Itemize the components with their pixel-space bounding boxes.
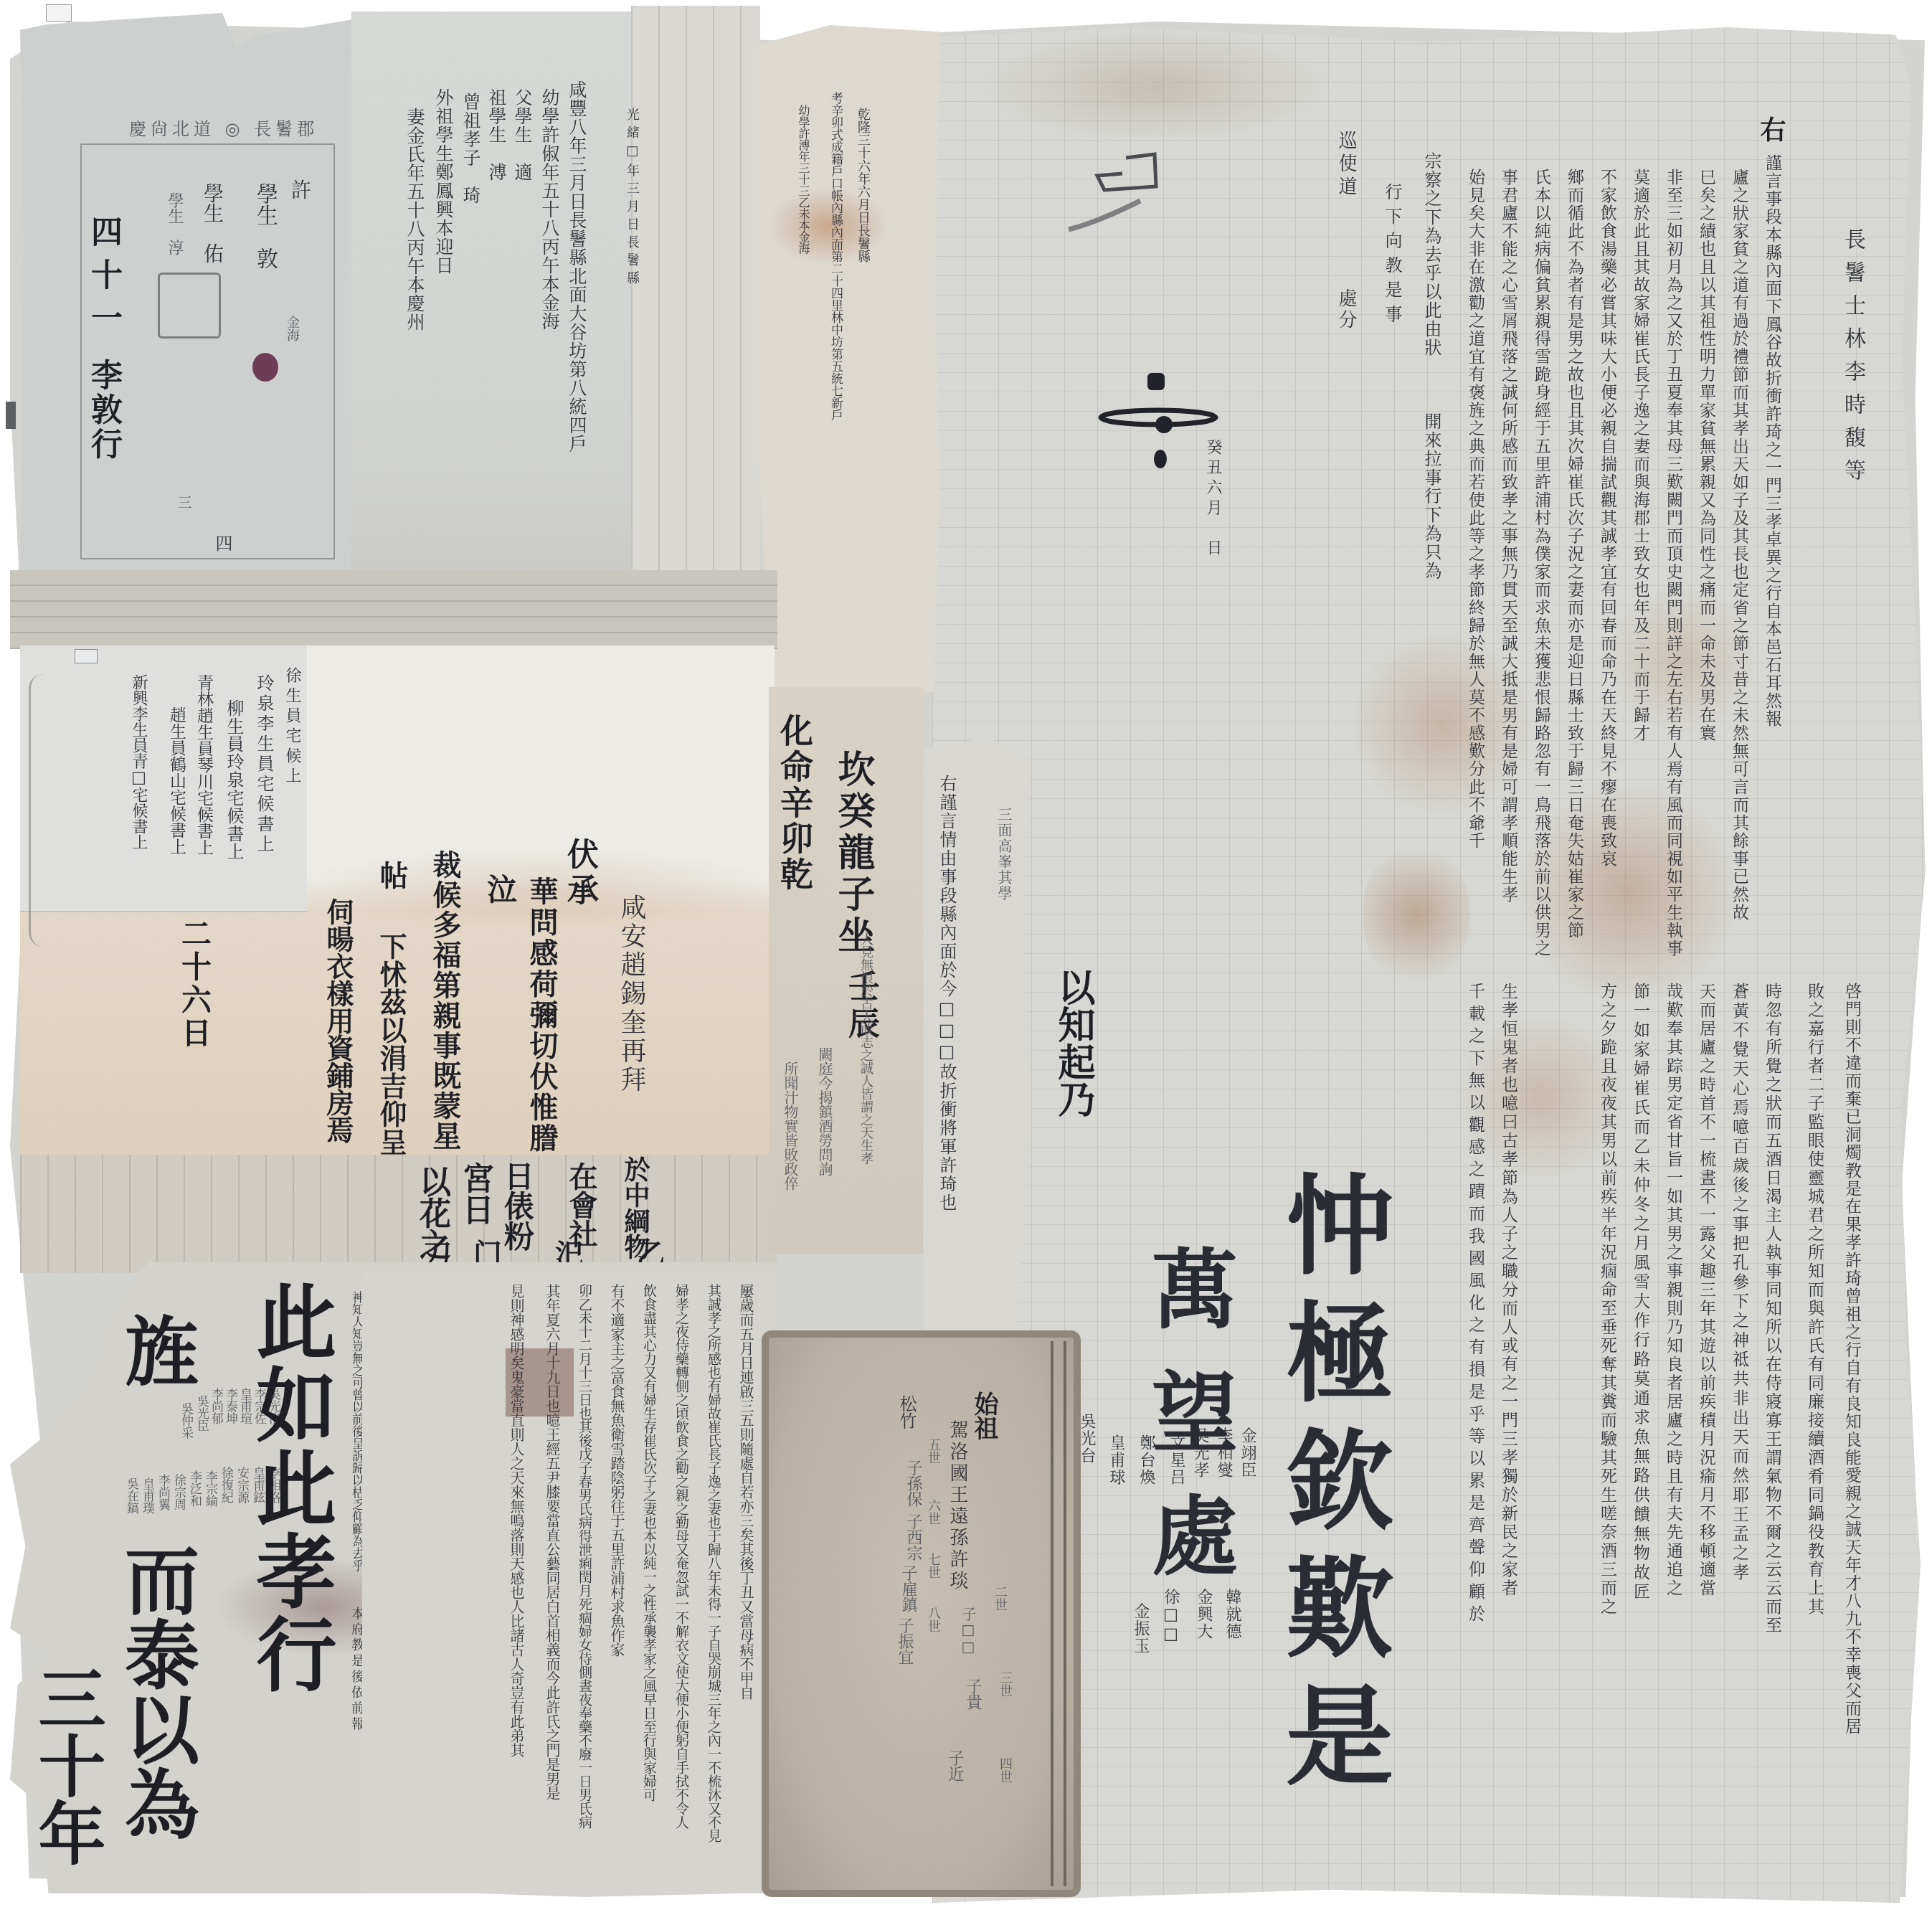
signatory: 李泰坤 [224,1388,236,1424]
form-cell: 許 [290,179,310,199]
geomancy-small-line: 所聞汁物實皆敗政倅 [783,1061,797,1191]
lower-middle-line: 有不適家主之富食無魚衛雪踏陰躬往于五里許浦村求魚作家 [610,1284,624,1657]
generation-name: 子貴 [965,1678,980,1710]
generation-name: 子孫保 [905,1460,921,1507]
register-line: 咸豐八年三月日長鬐縣北面大谷坊第八統四戶 [568,80,586,453]
generation-label: 五世 [927,1438,939,1464]
genealogy-title: 始祖 [972,1391,996,1440]
lower-middle-line: 卯乙未十二月十三日也其後戊子春男氏病得泄痢閏月死痼婦女侍側晝夜奉藥不廢一日男氏病 [577,1284,591,1829]
generation-label: 六世 [927,1499,939,1525]
ruling-calligraphy: 萬望處 [1145,1244,1231,1614]
lower-middle-line: 飲食盡其心力又有婦生存崔氏次子之妻也本以純一之性承襲孝家之風早日至行與家婦可 [642,1284,655,1802]
genealogy-side-label: 松竹 [898,1395,915,1429]
marginal-cursive-note: 以知起乃 [1054,968,1092,1117]
petition-line: 節一如家婦崔氏而乙未仲冬之月風雪大作行路莫通求魚無路供饋無物故匠 [1632,983,1648,1602]
generation-label: 四世 [998,1757,1011,1783]
register-line: 祖學生 溥 [488,88,506,181]
lower-middle-line: 其誠孝之所感也有婦故崔氏長子逸之妻也于歸八年未得一子自哭崩城三年之內一不梳沐又不… [706,1284,720,1843]
note-line: 青林趙生員琴川宅候書上 [195,674,212,856]
qianlong-register-sheet [757,25,939,692]
signatory: 金翊臣 [1239,1427,1255,1479]
register-line: 妻金氏年五十八丙午本慶州 [406,108,424,331]
register-line: 父學生 適 [513,88,531,181]
lower-middle-line: 其年夏六月十九日也噫王經五尹膝要當直公藝同居白首相義而今此許氏之門是男是 [545,1284,559,1800]
letter-sender: 咸安趙錫奎再拜 [618,894,644,1094]
genealogy-founder: 駕洛國王遠孫許琰 [948,1420,967,1592]
water-stain [1363,839,1470,990]
signatory: 李尚翼 [156,1474,169,1510]
ruling-calligraphy: 忡極欽歎是 [1277,1169,1384,1807]
letter-date: 二十六日 [179,918,209,1050]
folded-strip-line: 光緒□年三月日長鬐縣 [625,108,638,289]
water-stain [975,29,1334,143]
petition-line: 謹言事段本縣內面下鳳谷故折衝許琦之一門三孝卓異之行自本邑石耳然報 [1763,154,1780,728]
lower-middle-line: 見則神感明矣鬼豪當直則人之天來無鳴落則天感也人比諸古人奇豈有此弟其 [509,1284,524,1757]
petition-line: 莫適於此且其故家婦崔氏長子逸之妻而與海郡士致女也年及二十而于歸才 [1632,169,1648,742]
letter-line: 下怵茲以涓吉仰呈 [377,932,404,1156]
generation-name: 子西宗 [905,1513,921,1561]
petition-line: 不家飲食湯藥必嘗其味大小便必親自揣試觀其誠孝宜有回春而命乃在天終見不瘳在喪致哀 [1599,169,1615,868]
cursive-ruling: 旌 [118,1312,193,1387]
petition-fragment-side: 三面高峯其學 [997,807,1011,902]
note-line: 趙生員鶴山宅候書上 [168,706,184,855]
generation-label: 三世 [998,1671,1011,1697]
form-cell: 學生 淳 [166,192,182,255]
signatory: 皇甫璞 [141,1477,153,1514]
generation-label: 八世 [927,1607,939,1632]
paper-edge-band [10,570,777,649]
petition-line: 巳矣之績也且以其祖性明力單家貧無累親又為同性之痛而一命未及男在寰 [1697,169,1714,742]
booklet-binding-cord [1051,1341,1066,1886]
qianlong-line: 幼學許溥年三十三乙未本金海 [797,105,809,254]
petition-line: 氏本以純病偏貧累親得雪跪身經于五里許浦村為僕家而求魚未獲悲恨歸路忽有一鳥飛落於前… [1533,169,1549,957]
petition-line: 千載之下無以觀感之蹟而我國風化之有損是乎等以累是齊聲仰顧於 [1467,983,1483,1627]
signatory: 徐宗周 [172,1474,184,1510]
form-number: 四 [214,534,231,552]
birth-line: 化命辛卯乾 [778,714,811,893]
cursive-ruling: 此如此孝行 [250,1280,330,1696]
petition-line: 蒼黃不覺天心焉噫百歲後之事把孔參下之神祗共非出天而然耶王孟之孝 [1730,983,1747,1583]
petition-fragment-line: 右謹言情由事段縣內面於今□□□故折衝將軍許琦也 [938,775,955,1212]
signatory: 吳仲采 [179,1402,191,1439]
lower-left-text: 本府教是後依前報 [350,1607,363,1733]
letter-line: 伏承 [564,838,595,909]
petition-line: 天而居廬之時首不一梳晝不一露父趣三年其遊以前疾積月況瘉月不移頓適當 [1697,983,1714,1598]
letter-line: 華問感荷彌切伏惟謄 [527,876,556,1154]
generation-name: 子雇鎮 [900,1565,916,1612]
signatory: 皇甫球 [1108,1434,1124,1486]
register-line: 幼學許俶年五十八丙午本金海 [541,88,559,331]
form-cell: 學生 佑 [202,183,222,263]
cursive-fragment: 在會社 [567,1162,595,1248]
signatory: 吳光臣 [195,1395,207,1432]
folded-paper-stack [631,6,760,601]
geomancy-small-line: 闕庭今揭鎮酒勞問詢 [818,1047,832,1176]
water-stain [1520,775,1736,1011]
signatory: 李泛和 [188,1470,200,1507]
signatory: 李尚郁 [209,1388,222,1424]
petition-closing: 開來拉事行下為只為 [1423,412,1440,580]
note-line: 柳生員玲泉宅候書上 [225,699,242,861]
petition-line: 方之夕跪且夜夜其男以前疾半年況痼命至垂死奪其糞而驗其死生嗟奈酒三而之 [1599,983,1615,1617]
petition-line: 生孝恒鬼者也噫曰古孝節為人子之職分而人或有之一門三孝獨於新民之家者 [1500,983,1516,1598]
letter-line: 帖 [377,861,406,889]
form-cell: 學生 敦 [254,183,275,269]
genealogy-booklet [762,1330,1081,1897]
petition-disposition: 處分 [1337,288,1355,331]
petition-heading-mark: 右 [1758,116,1784,142]
note-line: 徐生員宅候上 [284,667,300,787]
note-line: 玲泉李生員宅候書上 [255,674,273,855]
generation-name: 子□□ [961,1607,975,1655]
petition-line: 敗之嘉行者二子監眼使靈城君之所知而與許氏有同廉接續酒肴同鍋役教育上其 [1806,983,1822,1617]
signatory: 徐復紀 [219,1467,232,1503]
form-number: 三 [176,495,191,509]
register-form-header: 慶尙北道 ◎ 長鬐郡 [129,120,318,138]
generation-label: 七世 [927,1553,939,1579]
signatory: 吳在鎬 [125,1477,137,1514]
lower-middle-line: 婦孝之夜侍藥轉側之頃飲食之勸之親之勤母又奄忽試一不解衣文使大便小便躬自手拭不令人 [674,1284,688,1829]
signatory: 吳光台 [1079,1413,1094,1465]
petition-line: 鄉而循此不為者有是男之故也且其次婦崔氏次子況之妻而亦是迎日縣士致于歸三日奄失姑崔… [1566,169,1582,940]
official-seal-square [158,273,221,339]
qianlong-line: 乾隆三十六年六月日長鬐縣 [856,108,869,262]
grave-site-line: 坎癸龍子坐 [834,749,871,957]
petition-ruling-date: 癸丑六月 日 [1205,439,1221,559]
cursive-ruling: 三十年 [32,1664,100,1866]
petition-line: 啓門則不違而棄已洞燭教是在果孝許琦曾祖之行自有良知良能愛親之誠天年才八九不幸喪父… [1843,983,1860,1736]
lower-left-text: 神知人知豈無之可曾以前後呈訴歸以枯乏仰顧為去乎 [350,1291,362,1571]
petition-closing: 宗察之下為去乎以此由狀 [1423,152,1440,357]
letter-line: 泣 [485,874,515,904]
petition-line: 哉歎奉其踪男定省甘旨一如其男之事親則乃知良者居廬之時且有夫先通追之 [1665,983,1681,1598]
petition-closing: 行下向教是事 [1383,183,1401,329]
petition-line: 始見矣大非在激勸之道宜有褒旌之典而若使此等之孝節終歸於無人莫不感歎分此不爺千 [1467,169,1483,850]
cursive-fragment: 宮日 [459,1162,491,1225]
binder-clip-icon [75,649,98,663]
edge-tab-icon [6,402,16,429]
household-number: 四十一 [87,215,119,344]
petition-line: 事君廬不能之心雪屑飛落之誠何所感而致孝之事無乃貫天至誠大抵是男有是婦可謂孝順能生… [1500,169,1516,904]
letter-line: 裁候多福第親事既蒙星 [430,850,459,1151]
lower-middle-line: 屢歲而五月日連啟三五則隨處自若亦三矣其後丁丑又當母病不甲自 [739,1284,753,1700]
signatory: 李宗綸 [204,1470,216,1507]
form-origin: 金海 [285,316,298,341]
petition-line: 時忽有所覺之狀而五酒日渴主人執事同知所以在侍寢寡王謂氣物不爾之云云而至 [1763,983,1780,1635]
qianlong-line: 考辛卯式成籍戶口帳內縣內面第二十四里林中坊第五統七新戶 [829,92,841,421]
document-collage: 慶尙北道 ◎ 長鬐郡 四十一 李敦行 學生 敦 學生 佑 學生 淳 許 金海 三… [0,0,1932,1925]
petition-line: 非至三如初月為之又於丁丑夏奉其母三歎闕門而頂史闕門則詳之左右若有人焉有風而同視如… [1665,169,1681,957]
cursive-ruling: 而泰以為 [118,1542,193,1840]
generation-name: 子近 [947,1750,962,1782]
letter-line: 伺暘衣樣用資鋪房焉 [324,898,351,1143]
household-head-name: 李敦行 [87,359,119,462]
binding-string [29,674,57,947]
note-line: 新興李生員青□宅候書上 [131,674,146,850]
generation-name: 子振宜 [896,1617,912,1665]
generation-label: 二世 [993,1585,1006,1611]
ruling-mark-top-icon [1054,143,1176,244]
petition-title: 長鬐士林李時馥等 [1842,228,1863,492]
red-ink-seal [252,353,278,382]
binder-clip-icon [46,4,72,22]
geomancy-small-line: 人見無恨於古人敢志之誠人皆謂之天生孝 [859,932,872,1165]
petition-line: 廬之狀家貧之道有過於禮節而其孝出天如子及其長也定省之節寸昔之未然無可言而其餘事已… [1730,169,1747,922]
petition-addressee: 巡使道 [1337,131,1355,199]
register-line: 外祖學生鄭鳳興本迎日 [435,88,453,275]
register-line: 曾祖孝子 琦 [462,93,480,204]
